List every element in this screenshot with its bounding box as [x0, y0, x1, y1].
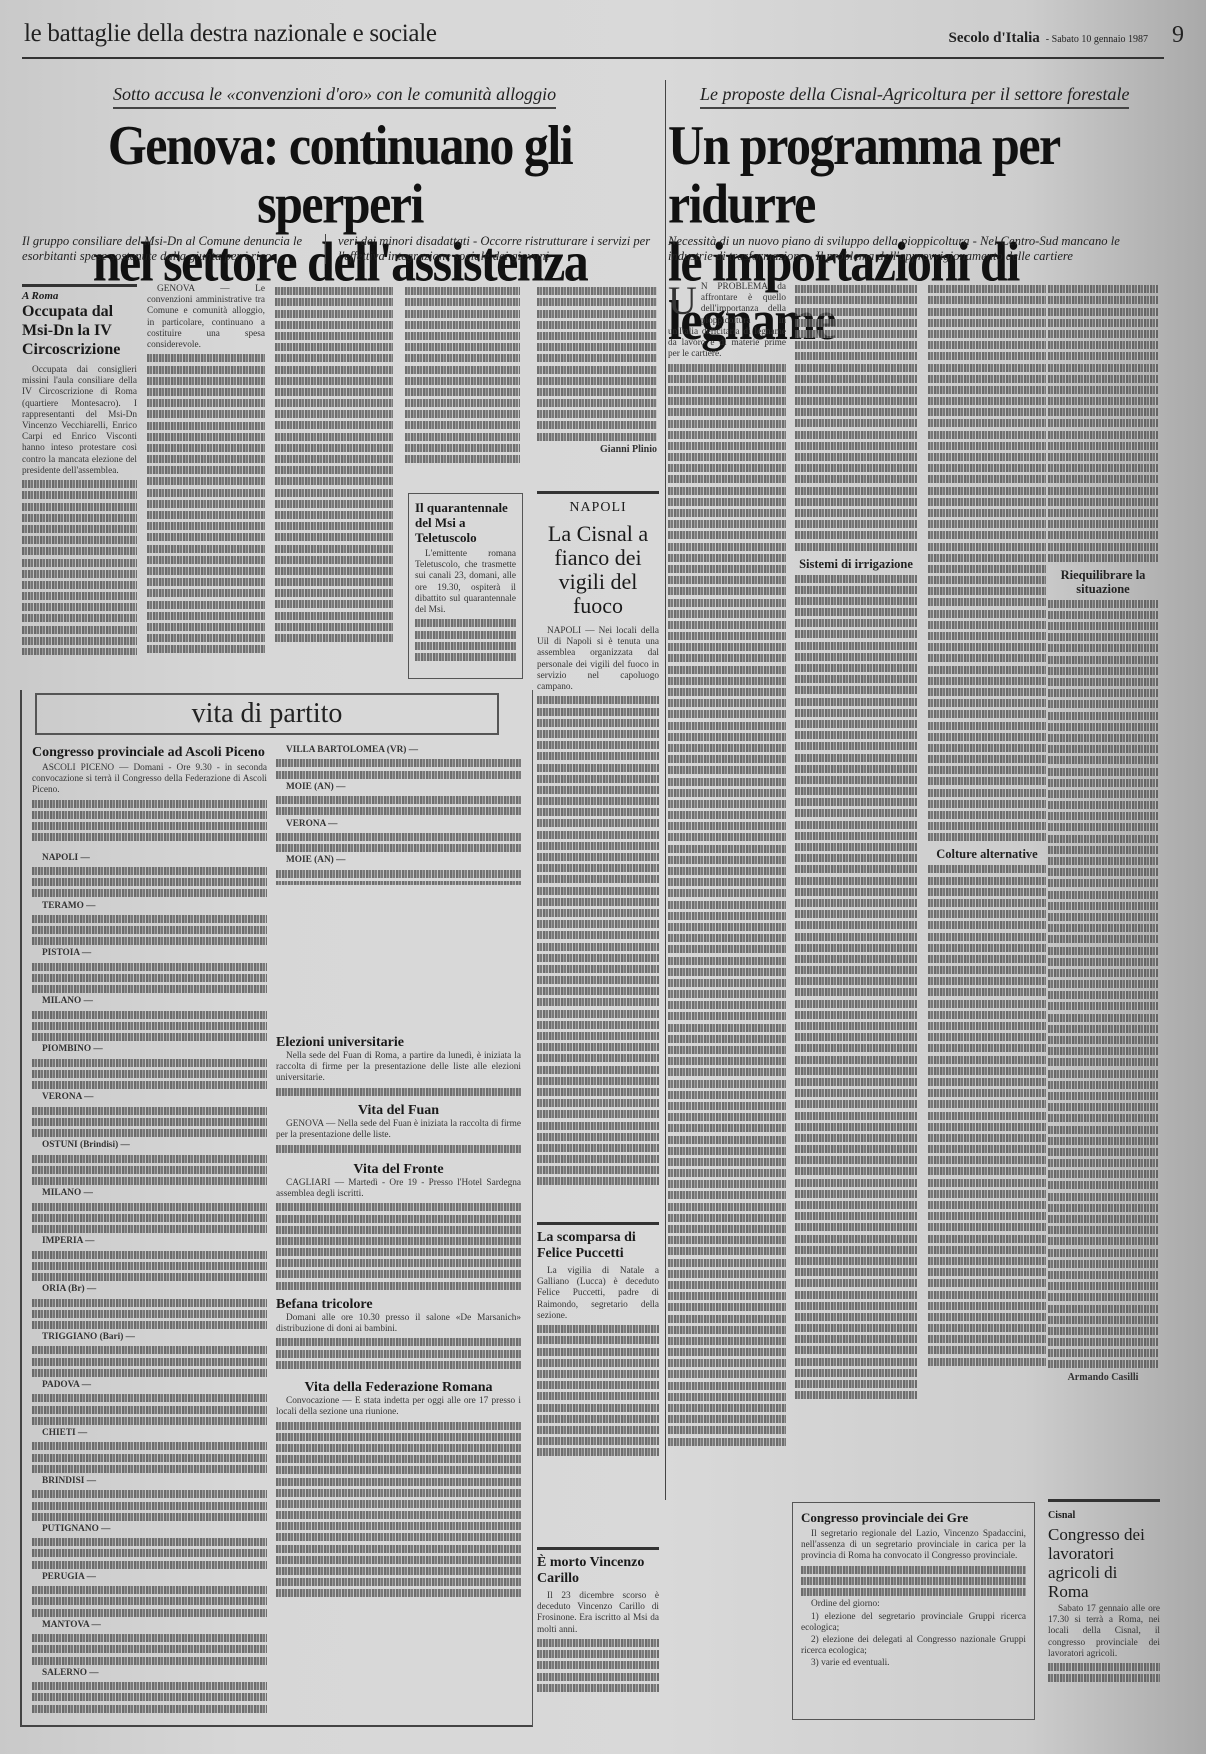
cisnal-bar	[1048, 1499, 1160, 1502]
left-kicker: Sotto accusa le «convenzioni d'oro» con …	[113, 84, 556, 109]
pucci-body: La vigilia di Natale a Galliano (Lucca) …	[537, 1266, 659, 1322]
vdp-col1: Congresso provinciale ad Ascoli Piceno A…	[32, 745, 267, 1723]
vdp-city-entry: CHIETI —	[32, 1428, 267, 1439]
left-headline-line1: Genova: continuano gli sperperi	[20, 116, 660, 232]
left-story-col1: GENOVA — Le convenzioni amministrative t…	[147, 284, 265, 679]
pucci-bar	[537, 1222, 659, 1225]
left-story-col2	[275, 284, 393, 679]
vdp-city-entry: VERONA —	[276, 819, 521, 830]
vdp-section-title: Congresso provinciale ad Ascoli Piceno	[32, 745, 267, 761]
vdp-section-title: Vita del Fronte	[276, 1162, 521, 1178]
right-story-col4: Riequilibrare la situazione Armando Casi…	[1048, 282, 1158, 1402]
right-subhead: Colture alternative	[928, 847, 1046, 861]
vdp-section-title: Elezioni universitarie	[276, 1035, 521, 1051]
vdp-city-entry: MILANO —	[32, 1188, 267, 1199]
vdp-city-entry: BRINDISI —	[32, 1476, 267, 1487]
gre-agenda-item: 3) varie ed eventuali.	[801, 1658, 1026, 1669]
vdp-city-entry: MILANO —	[32, 996, 267, 1007]
vdp-city-entry: PIOMBINO —	[32, 1044, 267, 1055]
vdp-section-title: Vita della Federazione Romana	[276, 1380, 521, 1396]
vdp-section-lead: Convocazione — È stata indetta per oggi …	[276, 1396, 521, 1418]
rome-box: A Roma Occupata dal Msi-Dn la IV Circosc…	[22, 290, 137, 655]
vdp-city-entry: MOIE (AN) —	[276, 855, 521, 866]
right-deck: Necessità di un nuovo piano di sviluppo …	[668, 234, 1158, 264]
gre-title: Congresso provinciale dei Gre	[801, 1510, 1026, 1526]
napoli-bar	[537, 491, 659, 494]
vdp-city-entry: TRIGGIANO (Bari) —	[32, 1332, 267, 1343]
left-story-lead: GENOVA — Le convenzioni amministrative t…	[147, 284, 265, 351]
gre-agenda-item: 2) elezione dei delegati al Congresso na…	[801, 1635, 1026, 1657]
vdp-city-entry: PUTIGNANO —	[32, 1524, 267, 1535]
right-subhead: Sistemi di irrigazione	[795, 557, 917, 571]
gre-body: Il segretario regionale del Lazio, Vince…	[801, 1529, 1026, 1563]
carillo-bar	[537, 1547, 659, 1550]
vdp-city-entry: SALERNO —	[32, 1668, 267, 1679]
vdp-section-lead: CAGLIARI — Martedì - Ore 19 - Presso l'H…	[276, 1178, 521, 1200]
right-story-col3: Colture alternative	[928, 282, 1046, 1492]
vdp-col2: VILLA BARTOLOMEA (VR) — MOIE (AN) — VERO…	[276, 745, 521, 1616]
column-separator	[665, 80, 666, 1500]
vdp-city-entry: OSTUNI (Brindisi) —	[32, 1140, 267, 1151]
vdp-city-entry: TERAMO —	[32, 901, 267, 912]
quarantennale-headline: Il quarantennale del Msi a Teletuscolo	[415, 500, 516, 545]
vdp-section-lead: Domani alle ore 10.30 presso il salone «…	[276, 1313, 521, 1335]
pucci-story: La scomparsa di Felice Puccetti La vigil…	[537, 1230, 659, 1456]
masthead: Secolo d'Italia- Sabato 10 gennaio 1987	[949, 30, 1148, 47]
vdp-section-title: Befana tricolore	[276, 1297, 521, 1313]
napoli-body: NAPOLI — Nei locali della Uil di Napoli …	[537, 626, 659, 693]
pucci-headline: La scomparsa di Felice Puccetti	[537, 1230, 659, 1262]
carillo-story: È morto Vincenzo Carillo Il 23 dicembre …	[537, 1555, 659, 1711]
right-headline-line1: Un programma per ridurre	[668, 116, 1158, 232]
vdp-city-entry: PISTOIA —	[32, 948, 267, 959]
cisnal-kicker: Cisnal	[1048, 1510, 1160, 1521]
vdp-city-entry: PADOVA —	[32, 1380, 267, 1391]
carillo-body: Il 23 dicembre scorso è deceduto Vincenz…	[537, 1591, 659, 1636]
vita-di-partito-title: vita di partito	[35, 693, 499, 735]
napoli-story: NAPOLI La Cisnal a fianco dei vigili del…	[537, 500, 659, 1186]
right-kicker: Le proposte della Cisnal-Agricoltura per…	[700, 84, 1129, 109]
vdp-city-entry: VERONA —	[32, 1092, 267, 1103]
quarantennale-body: L'emittente romana Teletuscolo, che tras…	[415, 549, 516, 616]
cisnal-headline: Congresso dei lavoratori agricoli di Rom…	[1048, 1525, 1160, 1601]
right-subhead: Riequilibrare la situazione	[1048, 568, 1158, 596]
dropcap-letter: U	[668, 284, 697, 318]
issue-date: - Sabato 10 gennaio 1987	[1046, 34, 1148, 45]
napoli-headline: La Cisnal a fianco dei vigili del fuoco	[537, 522, 659, 618]
vdp-city-list-b: VILLA BARTOLOMEA (VR) — MOIE (AN) — VERO…	[276, 745, 521, 885]
right-story-byline: Armando Casilli	[1048, 1372, 1158, 1383]
cisnal-body: Sabato 17 gennaio alle ore 17.30 si terr…	[1048, 1604, 1160, 1660]
rome-box-bar	[22, 284, 137, 287]
vdp-section-title: Vita del Fuan	[276, 1103, 521, 1119]
left-deck-1: Il gruppo consiliare del Msi-Dn al Comun…	[22, 234, 317, 264]
rome-body: Occupata dai consiglieri missini l'aula …	[22, 365, 137, 477]
vdp-city-entry: MOIE (AN) —	[276, 782, 521, 793]
cisnal-brief: Cisnal Congresso dei lavoratori agricoli…	[1048, 1510, 1160, 1724]
vdp-city-entry: IMPERIA —	[32, 1236, 267, 1247]
gre-agenda-item: 1) elezione del segretario provinciale G…	[801, 1612, 1026, 1634]
vdp-section-lead: Nella sede del Fuan di Roma, a partire d…	[276, 1051, 521, 1085]
newspaper-page: le battaglie della destra nazionale e so…	[0, 0, 1206, 1754]
rome-kicker: A Roma	[22, 290, 137, 302]
running-title: le battaglie della destra nazionale e so…	[24, 20, 437, 48]
vdp-city-list-a: NAPOLI — TERAMO — PISTOIA — MILANO — PIO…	[32, 853, 267, 1713]
gre-box: Congresso provinciale dei Gre Il segreta…	[792, 1502, 1035, 1720]
vdp-city-entry: PERUGIA —	[32, 1572, 267, 1583]
vdp-city-entry: MANTOVA —	[32, 1620, 267, 1631]
header-rule	[22, 57, 1164, 59]
gre-agenda: Ordine del giorno:1) elezione del segret…	[801, 1599, 1026, 1669]
vdp-city-entry: VILLA BARTOLOMEA (VR) —	[276, 745, 521, 756]
vdp-city-entry: NAPOLI —	[32, 853, 267, 864]
deck-divider	[325, 234, 326, 264]
quarantennale-box: Il quarantennale del Msi a Teletuscolo L…	[408, 493, 523, 679]
left-story-byline: Gianni Plinio	[537, 444, 657, 455]
vdp-section-lead: GENOVA — Nella sede del Fuan è iniziata …	[276, 1119, 521, 1141]
page-number: 9	[1172, 22, 1184, 49]
right-story-col1: U N PROBLEMA da affrontare è quello dell…	[668, 282, 786, 1492]
gre-agenda-item: Ordine del giorno:	[801, 1599, 1026, 1610]
left-story-col3	[405, 284, 520, 484]
rome-headline: Occupata dal Msi-Dn la IV Circoscrizione	[22, 302, 137, 359]
left-deck-2: veri dei minori disadattati - Occorre ri…	[338, 234, 656, 264]
vdp-section-lead: ASCOLI PICENO — Domani - Ore 9.30 - in s…	[32, 763, 267, 797]
left-story-col4: Gianni Plinio	[537, 284, 657, 474]
napoli-dateline: NAPOLI	[537, 500, 659, 516]
carillo-headline: È morto Vincenzo Carillo	[537, 1555, 659, 1587]
right-story-col2: Sistemi di irrigazione	[795, 282, 917, 1492]
left-headline: Genova: continuano gli sperperi nel sett…	[20, 116, 660, 291]
vdp-city-entry: ORIA (Br) —	[32, 1284, 267, 1295]
masthead-name: Secolo d'Italia	[949, 30, 1040, 46]
